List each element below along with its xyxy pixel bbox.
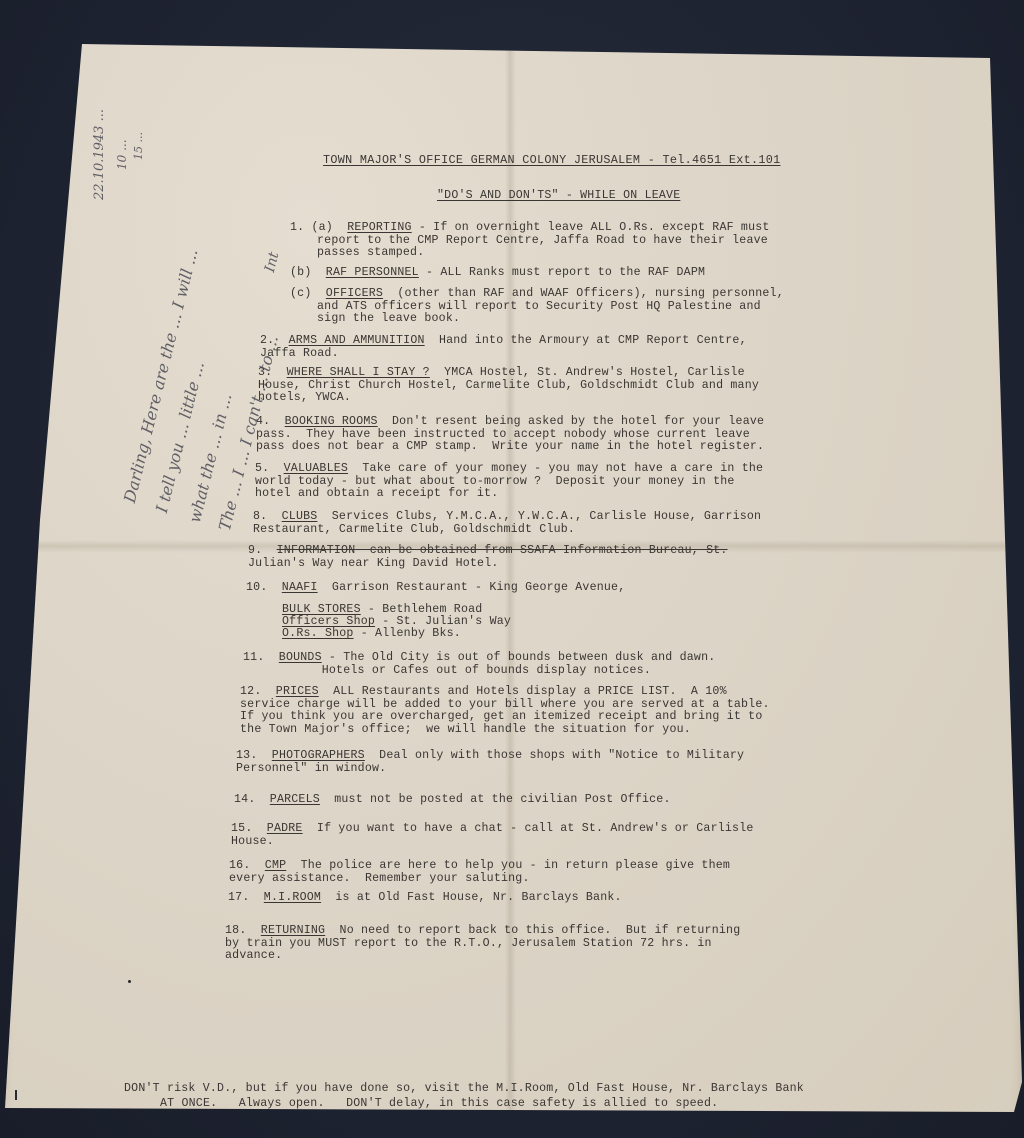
rule-heading: CLUBS xyxy=(282,510,318,523)
rule-number: 5. xyxy=(255,462,284,475)
rule-text: is at Old Fast House, Nr. Barclays Bank. xyxy=(321,891,622,904)
rule-number: 11. xyxy=(243,651,279,664)
rule-heading: RETURNING xyxy=(261,924,325,937)
rule-number: 9. xyxy=(248,544,277,557)
rule-text: The police are here to help you - in ret… xyxy=(286,859,730,872)
rule-number: 10. xyxy=(246,581,282,594)
rule-item: 18. RETURNING No need to report back to … xyxy=(225,925,740,963)
rule-heading: O.Rs. Shop xyxy=(282,627,354,640)
rule-text: ALL Restaurants and Hotels display a PRI… xyxy=(319,685,727,698)
handwritten-margin-note-2: 10 ... xyxy=(115,139,129,170)
handwritten-date-note: 22.10.1943 ... xyxy=(92,109,107,200)
rule-text-line: Jaffa Road. xyxy=(260,348,747,361)
rule-text: - ALL Ranks must report to the RAF DAPM xyxy=(419,266,705,279)
rule-item: 5. VALUABLES Take care of your money - y… xyxy=(255,463,763,501)
rule-text: If you want to have a chat - call at St.… xyxy=(303,822,754,835)
rule-text-line: the Town Major's office; we will handle … xyxy=(240,724,770,737)
rule-text-line: hotel and obtain a receipt for it. xyxy=(255,488,763,501)
rule-item: 12. PRICES ALL Restaurants and Hotels di… xyxy=(240,686,770,736)
rule-heading: PRICES xyxy=(276,685,319,698)
rule-text-line: every assistance. Remember your saluting… xyxy=(229,873,730,886)
rule-text-line: If you think you are overcharged, get an… xyxy=(240,711,770,724)
rule-number: 8. xyxy=(253,510,282,523)
rule-heading: NAAFI xyxy=(282,581,318,594)
rule-item: 16. CMP The police are here to help you … xyxy=(229,860,730,885)
rule-item: 10. NAAFI Garrison Restaurant - King Geo… xyxy=(246,582,625,595)
rule-heading: BOUNDS xyxy=(279,651,322,664)
rule-number: 13. xyxy=(236,749,272,762)
rule-item: 11. BOUNDS - The Old City is out of boun… xyxy=(243,652,715,677)
rule-text-line: sign the leave book. xyxy=(290,313,784,326)
rule-heading: RAF PERSONNEL xyxy=(326,266,419,279)
rule-heading: PHOTOGRAPHERS xyxy=(272,749,365,762)
rule-text: - The Old City is out of bounds between … xyxy=(322,651,716,664)
ink-dot xyxy=(128,980,131,983)
rule-item: 8. CLUBS Services Clubs, Y.M.C.A., Y.W.C… xyxy=(253,511,761,536)
rule-text: - Allenby Bks. xyxy=(354,627,461,640)
rule-item: 1. (a) REPORTING - If on overnight leave… xyxy=(290,222,770,260)
rule-text-line: by train you MUST report to the R.T.O., … xyxy=(225,938,740,951)
rule-item: 14. PARCELS must not be posted at the ci… xyxy=(234,794,671,807)
rule-text: can be obtained from SSAFA Information B… xyxy=(355,544,727,557)
rule-text-line: Julian's Way near King David Hotel. xyxy=(248,558,728,571)
rule-heading: INFORMATION xyxy=(277,544,356,557)
rule-heading: CMP xyxy=(265,859,286,872)
rule-heading: VALUABLES xyxy=(284,462,348,475)
rule-number: 18. xyxy=(225,924,261,937)
rule-number: (c) xyxy=(290,287,326,300)
rule-item: 13. PHOTOGRAPHERS Deal only with those s… xyxy=(236,750,744,775)
rule-heading: WHERE SHALL I STAY ? xyxy=(287,366,430,379)
rule-number: 1. (a) xyxy=(290,221,347,234)
rule-text-line: Personnel" in window. xyxy=(236,763,744,776)
rule-number: 17. xyxy=(228,891,264,904)
handwritten-margin-note-3: 15 ... xyxy=(132,132,145,160)
rule-item: 2. ARMS AND AMMUNITION Hand into the Arm… xyxy=(260,335,747,360)
rule-number: 12. xyxy=(240,685,276,698)
rule-item: 17. M.I.ROOM is at Old Fast House, Nr. B… xyxy=(228,892,622,905)
rule-heading: PARCELS xyxy=(270,793,320,806)
rule-item: 4. BOOKING ROOMS Don't resent being aske… xyxy=(256,416,764,454)
rule-item: 3. WHERE SHALL I STAY ? YMCA Hostel, St.… xyxy=(258,367,759,405)
rule-text-line: House. xyxy=(231,836,754,849)
pencil-tick-mark xyxy=(15,1090,17,1100)
rule-text: Garrison Restaurant - King George Avenue… xyxy=(318,581,626,594)
rule-text: Don't resent being asked by the hotel fo… xyxy=(378,415,765,428)
rule-heading: PADRE xyxy=(267,822,303,835)
rule-item: (b) RAF PERSONNEL - ALL Ranks must repor… xyxy=(290,267,705,280)
rule-text: - If on overnight leave ALL O.Rs. except… xyxy=(412,221,770,234)
rule-text: YMCA Hostel, St. Andrew's Hostel, Carlis… xyxy=(430,366,745,379)
rule-text: must not be posted at the civilian Post … xyxy=(320,793,671,806)
rule-text: Deal only with those shops with "Notice … xyxy=(365,749,744,762)
rule-item: 9. INFORMATION can be obtained from SSAF… xyxy=(248,545,728,570)
rule-heading: OFFICERS xyxy=(326,287,383,300)
footer-line-1: DON'T risk V.D., but if you have done so… xyxy=(124,1083,804,1096)
rule-heading: REPORTING xyxy=(347,221,411,234)
document-subtitle: "DO'S AND DON'TS" - WHILE ON LEAVE xyxy=(437,190,680,203)
rule-text-line: hotels, YWCA. xyxy=(258,392,759,405)
rule-heading: BOOKING ROOMS xyxy=(285,415,378,428)
rule-item: (c) OFFICERS (other than RAF and WAAF Of… xyxy=(290,288,784,326)
rule-text-line: Hotels or Cafes out of bounds display no… xyxy=(243,665,715,678)
rule-text: Hand into the Armoury at CMP Report Cent… xyxy=(425,334,747,347)
rule-text: No need to report back to this office. B… xyxy=(325,924,740,937)
rule-text-line: passes stamped. xyxy=(290,247,770,260)
rule-heading: M.I.ROOM xyxy=(264,891,321,904)
rule-text-line: advance. xyxy=(225,950,740,963)
rule-number: 15. xyxy=(231,822,267,835)
rule-text: Take care of your money - you may not ha… xyxy=(348,462,763,475)
rule-number: 14. xyxy=(234,793,270,806)
rule-text-line: pass does not bear a CMP stamp. Write yo… xyxy=(256,441,764,454)
rule-item: O.Rs. Shop - Allenby Bks. xyxy=(282,628,461,641)
rule-number: (b) xyxy=(290,266,326,279)
rule-heading: ARMS AND AMMUNITION xyxy=(289,334,425,347)
rule-text: Services Clubs, Y.M.C.A., Y.W.C.A., Carl… xyxy=(317,510,761,523)
footer-line-2: AT ONCE. Always open. DON'T delay, in th… xyxy=(160,1098,718,1111)
rule-item: 15. PADRE If you want to have a chat - c… xyxy=(231,823,754,848)
document-title: TOWN MAJOR'S OFFICE GERMAN COLONY JERUSA… xyxy=(323,154,781,167)
rule-text: (other than RAF and WAAF Officers), nurs… xyxy=(383,287,784,300)
rule-number: 16. xyxy=(229,859,265,872)
rule-text-line: Restaurant, Carmelite Club, Goldschmidt … xyxy=(253,524,761,537)
